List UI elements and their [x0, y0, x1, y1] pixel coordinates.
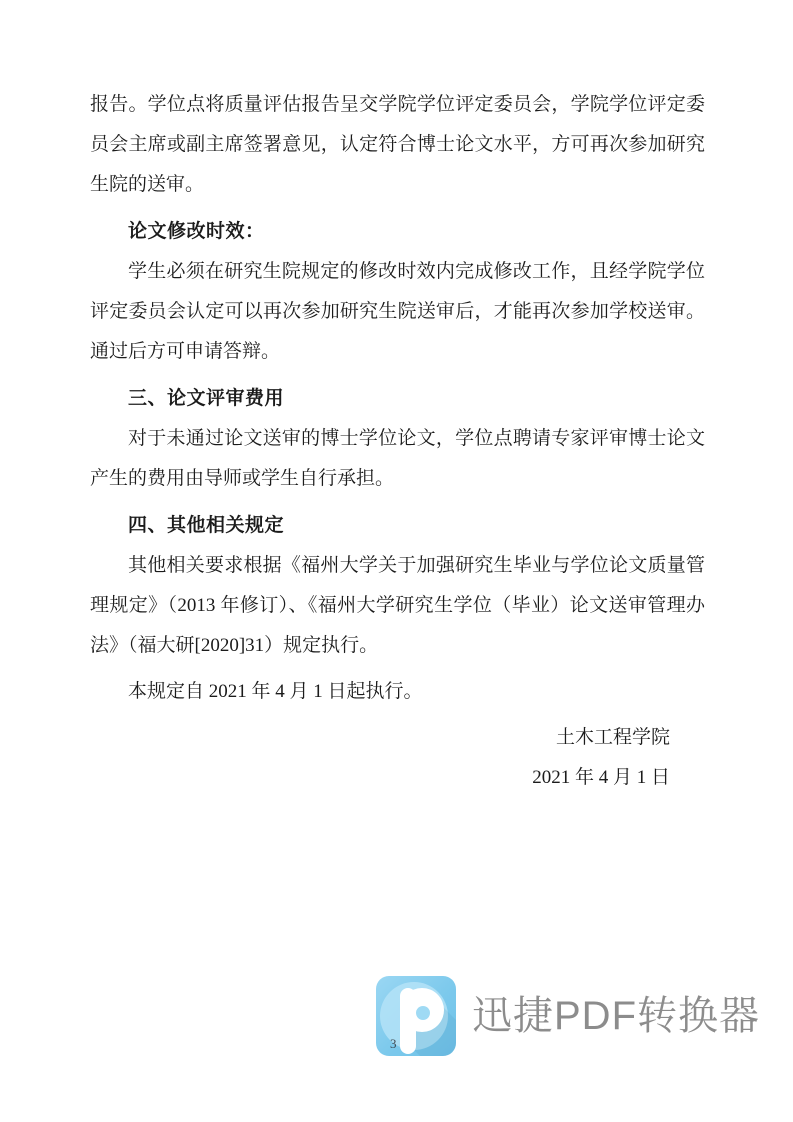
signature-org: 土木工程学院 [90, 718, 670, 758]
signature-date: 2021 年 4 月 1 日 [90, 758, 670, 798]
heading-review-fees: 三、论文评审费用 [90, 379, 705, 419]
paragraph-other-regulations: 其他相关要求根据《福州大学关于加强研究生毕业与学位论文质量管理规定》（2013 … [90, 546, 705, 666]
heading-revision-deadline: 论文修改时效： [90, 212, 705, 252]
heading-other-regulations: 四、其他相关规定 [90, 506, 705, 546]
signature-block: 土木工程学院 2021 年 4 月 1 日 [90, 718, 705, 798]
document-page: 报告。学位点将质量评估报告呈交学院学位评定委员会，学院学位评定委员会主席或副主席… [0, 0, 793, 1122]
pdf-converter-logo-icon [376, 976, 456, 1056]
logo-letter-p-counter [416, 1006, 430, 1020]
paragraph-review-fees: 对于未通过论文送审的博士学位论文，学位点聘请专家评审博士论文产生的费用由导师或学… [90, 419, 705, 499]
paragraph-continuation: 报告。学位点将质量评估报告呈交学院学位评定委员会，学院学位评定委员会主席或副主席… [90, 85, 705, 205]
pdf-converter-watermark: 迅捷PDF转换器 [376, 976, 760, 1056]
paragraph-revision-deadline: 学生必须在研究生院规定的修改时效内完成修改工作，且经学院学位评定委员会认定可以再… [90, 252, 705, 372]
paragraph-effective-date: 本规定自 2021 年 4 月 1 日起执行。 [90, 672, 705, 712]
page-number: 3 [390, 1037, 397, 1050]
document-body: 报告。学位点将质量评估报告呈交学院学位评定委员会，学院学位评定委员会主席或副主席… [90, 85, 705, 798]
watermark-brand-text: 迅捷PDF转换器 [472, 996, 760, 1036]
logo-letter-p-stem [400, 988, 416, 1054]
